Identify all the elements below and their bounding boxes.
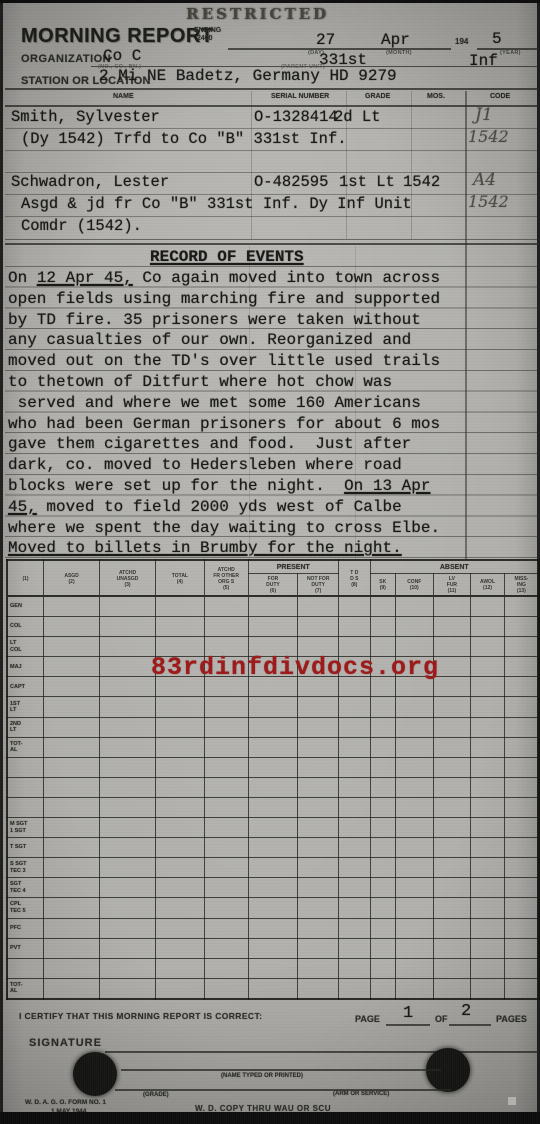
name-line — [121, 1069, 441, 1071]
strength-cell — [100, 737, 156, 757]
strength-cell — [298, 858, 339, 878]
strength-cell — [204, 918, 248, 938]
strength-cell — [155, 697, 204, 717]
strength-cell — [100, 958, 156, 978]
strength-cell — [370, 596, 395, 617]
strength-cell — [504, 677, 539, 697]
strength-cell — [339, 938, 371, 958]
strength-row — [7, 757, 539, 777]
strength-row-label: 2ND LT — [7, 717, 44, 737]
strength-cell — [471, 838, 505, 858]
strength-cell — [155, 797, 204, 817]
strength-cell — [395, 797, 433, 817]
strength-cell — [370, 717, 395, 737]
strength-cell — [504, 918, 539, 938]
strength-cell — [370, 818, 395, 838]
strength-cell — [204, 838, 248, 858]
scanned-morning-report: RESTRICTED MORNING REPORT ENDING 2400 27… — [0, 0, 540, 1124]
strength-cell — [471, 898, 505, 918]
strength-row: 1ST LT — [7, 697, 539, 717]
strength-cell — [433, 938, 471, 958]
record-line: served and where we met some 160 America… — [8, 393, 464, 414]
strength-col-header: SK(9) — [370, 574, 395, 597]
entry-name: Smith, Sylvester — [11, 108, 160, 126]
column-line — [251, 91, 252, 239]
strength-cell — [370, 938, 395, 958]
strength-cell — [248, 838, 298, 858]
strength-cell — [395, 898, 433, 918]
page-number: 1 — [403, 1004, 413, 1023]
strength-cell — [248, 878, 298, 898]
strength-cell — [204, 818, 248, 838]
strength-cell — [339, 596, 371, 617]
entry-serial: O-1328414 — [254, 108, 338, 126]
strength-col-header: ASGD(2) — [44, 560, 100, 596]
strength-row: S SGT TEC 3 — [7, 858, 539, 878]
strength-cell — [248, 958, 298, 978]
strength-cell — [395, 978, 433, 999]
strength-cell — [504, 938, 539, 958]
strength-row-label: PFC — [7, 918, 44, 938]
strength-group-header: PRESENT — [248, 560, 339, 574]
date-day: 27 — [316, 31, 335, 49]
entry-code: J1 — [475, 105, 493, 125]
of-label: OF — [435, 1014, 448, 1024]
record-line: by TD fire. 35 prisoners were taken with… — [8, 310, 464, 331]
strength-cell — [471, 697, 505, 717]
strength-cell — [204, 717, 248, 737]
strength-cell — [471, 878, 505, 898]
record-line: any casualties of our own. Reorganized a… — [8, 330, 464, 351]
record-of-events-title: RECORD OF EVENTS — [150, 248, 304, 266]
name-line-label: (NAME TYPED OR PRINTED) — [221, 1073, 303, 1079]
strength-row-label: SGT TEC 4 — [7, 878, 44, 898]
strength-cell — [204, 878, 248, 898]
date-month: Apr — [381, 31, 410, 49]
col-mos: MOS. — [427, 93, 445, 100]
strength-cell — [155, 737, 204, 757]
strength-cell — [298, 958, 339, 978]
strength-cell — [298, 918, 339, 938]
strength-cell — [155, 757, 204, 777]
strength-cell — [339, 617, 371, 637]
strength-cell — [339, 717, 371, 737]
strength-cell — [100, 717, 156, 737]
strength-cell — [298, 838, 339, 858]
strength-cell — [504, 898, 539, 918]
strength-cell — [433, 777, 471, 797]
strength-cell — [248, 818, 298, 838]
strength-row: GEN — [7, 596, 539, 617]
record-line: where we spent the day waiting to cross … — [8, 518, 464, 539]
strength-cell — [339, 818, 371, 838]
record-line: Moved to billets in Brumby for the night… — [8, 538, 464, 559]
paper-sheet: RESTRICTED MORNING REPORT ENDING 2400 27… — [3, 3, 537, 1112]
strength-row: TOT- AL — [7, 737, 539, 757]
strength-cell — [504, 717, 539, 737]
strength-cell — [471, 657, 505, 677]
strength-cell — [339, 858, 371, 878]
strength-cell — [155, 918, 204, 938]
strength-row: COL — [7, 617, 539, 637]
strength-cell — [370, 898, 395, 918]
strength-cell — [395, 838, 433, 858]
strength-cell — [44, 958, 100, 978]
strength-row: 2ND LT — [7, 717, 539, 737]
strength-cell — [298, 777, 339, 797]
strength-cell — [298, 898, 339, 918]
strength-cell — [471, 777, 505, 797]
strength-cell — [44, 777, 100, 797]
strength-cell — [433, 878, 471, 898]
strength-cell — [204, 777, 248, 797]
strength-cell — [155, 717, 204, 737]
entry-code2: 1542 — [468, 192, 509, 211]
strength-cell — [433, 898, 471, 918]
strength-cell — [471, 958, 505, 978]
strength-cell — [204, 757, 248, 777]
strength-row-label: T SGT — [7, 838, 44, 858]
ending-value: 2400 — [197, 35, 213, 42]
strength-row-label: CAPT — [7, 677, 44, 697]
certify-statement: I CERTIFY THAT THIS MORNING REPORT IS CO… — [19, 1011, 262, 1021]
strength-cell — [370, 617, 395, 637]
strength-cell — [370, 878, 395, 898]
strength-cell — [248, 978, 298, 999]
pages-label: PAGES — [496, 1014, 527, 1024]
strength-cell — [248, 858, 298, 878]
strength-cell — [395, 697, 433, 717]
strength-row-label: M SGT 1 SGT — [7, 818, 44, 838]
strength-cell — [44, 878, 100, 898]
strength-cell — [248, 717, 298, 737]
strength-cell — [100, 657, 156, 677]
entry-mos: 1542 — [403, 173, 440, 191]
strength-col-header: ATCHD FR OTHER ORG S(5) — [204, 560, 248, 596]
strength-cell — [504, 757, 539, 777]
strength-cell — [370, 958, 395, 978]
strength-cell — [433, 596, 471, 617]
strength-cell — [100, 978, 156, 999]
strength-cell — [433, 757, 471, 777]
strength-cell — [204, 898, 248, 918]
strength-cell — [298, 617, 339, 637]
strength-cell — [204, 958, 248, 978]
strength-cell — [298, 757, 339, 777]
strength-cell — [395, 918, 433, 938]
record-line: to thetown of Ditfurt where hot chow was — [8, 372, 464, 393]
strength-row — [7, 777, 539, 797]
strength-cell — [248, 737, 298, 757]
strength-cell — [504, 697, 539, 717]
strength-cell — [370, 777, 395, 797]
col-grade: GRADE — [365, 93, 390, 100]
strength-cell — [433, 838, 471, 858]
strength-cell — [471, 596, 505, 617]
strength-row — [7, 797, 539, 817]
page-label: PAGE — [355, 1014, 380, 1024]
strength-cell — [155, 858, 204, 878]
strength-cell — [298, 978, 339, 999]
strength-cell — [433, 858, 471, 878]
strength-row-label: CPL TEC 5 — [7, 898, 44, 918]
strength-cell — [204, 978, 248, 999]
strength-cell — [44, 838, 100, 858]
strength-cell — [155, 838, 204, 858]
strength-cell — [298, 938, 339, 958]
strength-cell — [44, 858, 100, 878]
col-code: CODE — [490, 93, 510, 100]
strength-cell — [370, 797, 395, 817]
strength-cell — [433, 918, 471, 938]
entry-code2: 1542 — [468, 127, 509, 146]
strength-cell — [471, 717, 505, 737]
strength-cell — [395, 958, 433, 978]
strength-cell — [339, 697, 371, 717]
strength-row-label — [7, 777, 44, 797]
strength-cell — [504, 737, 539, 757]
strength-cell — [339, 878, 371, 898]
strength-cell — [370, 918, 395, 938]
strength-cell — [44, 978, 100, 999]
strength-cell — [370, 757, 395, 777]
strength-row — [7, 958, 539, 978]
strength-cell — [204, 858, 248, 878]
strength-col-header: TOTAL(4) — [155, 560, 204, 596]
strength-cell — [298, 717, 339, 737]
strength-row: M SGT 1 SGT — [7, 818, 539, 838]
ruled-line — [5, 128, 539, 129]
strength-cell — [100, 797, 156, 817]
strength-cell — [504, 637, 539, 657]
strength-col-header: FOR DUTY(6) — [248, 574, 298, 597]
strength-cell — [44, 637, 100, 657]
strength-cell — [155, 617, 204, 637]
strength-cell — [100, 777, 156, 797]
ruled-line — [5, 239, 539, 240]
punch-hole-left — [73, 1052, 117, 1096]
strength-cell — [339, 978, 371, 999]
strength-cell — [504, 596, 539, 617]
photo-edge-top — [0, 0, 540, 3]
strength-cell — [248, 777, 298, 797]
strength-cell — [44, 596, 100, 617]
strength-row-label — [7, 797, 44, 817]
strength-cell — [204, 797, 248, 817]
strength-cell — [395, 938, 433, 958]
strength-cell — [298, 596, 339, 617]
strength-cell — [433, 978, 471, 999]
strength-cell — [504, 978, 539, 999]
watermark: 83rdinfdivdocs.org — [151, 653, 439, 682]
strength-cell — [155, 898, 204, 918]
strength-cell — [100, 637, 156, 657]
strength-cell — [248, 617, 298, 637]
ruled-line — [5, 243, 539, 245]
strength-row: PFC — [7, 918, 539, 938]
strength-cell — [248, 938, 298, 958]
strength-cell — [471, 617, 505, 637]
strength-cell — [100, 938, 156, 958]
strength-row-label: TOT- AL — [7, 978, 44, 999]
strength-cell — [44, 918, 100, 938]
strength-col-header: ATCHD UNASGD(3) — [100, 560, 156, 596]
strength-cell — [471, 637, 505, 657]
strength-cell — [395, 617, 433, 637]
strength-row-label: S SGT TEC 3 — [7, 858, 44, 878]
strength-cell — [155, 596, 204, 617]
strength-cell — [44, 898, 100, 918]
strength-cell — [504, 777, 539, 797]
strength-cell — [471, 677, 505, 697]
col-name: NAME — [113, 93, 134, 100]
strength-cell — [155, 878, 204, 898]
strength-row: T SGT — [7, 838, 539, 858]
entry-remarks-cont: Comdr (1542). — [21, 217, 142, 235]
record-line: moved out on the TD's over little used t… — [8, 351, 464, 372]
strength-cell — [339, 958, 371, 978]
strength-cell — [298, 697, 339, 717]
signature-line — [105, 1051, 539, 1053]
form-title: MORNING REPORT — [21, 25, 214, 48]
ruled-line — [449, 1024, 491, 1026]
strength-cell — [433, 717, 471, 737]
form-number: W. D. A. G. O. FORM NO. 1 — [25, 1099, 106, 1106]
strength-cell — [44, 737, 100, 757]
strength-row-label: COL — [7, 617, 44, 637]
strength-cell — [433, 797, 471, 817]
strength-cell — [504, 838, 539, 858]
strength-row-label: LT COL — [7, 637, 44, 657]
strength-cell — [370, 838, 395, 858]
strength-cell — [155, 978, 204, 999]
strength-cell — [44, 818, 100, 838]
strength-cell — [44, 617, 100, 637]
ruled-line — [5, 88, 539, 90]
strength-cell — [395, 878, 433, 898]
strength-col-header: AWOL(12) — [471, 574, 505, 597]
strength-row: TOT- AL — [7, 978, 539, 999]
strength-cell — [339, 838, 371, 858]
strength-cell — [100, 617, 156, 637]
strength-row-label — [7, 958, 44, 978]
record-line: open fields using marching fire and supp… — [8, 289, 464, 310]
ending-label: ENDING — [194, 27, 221, 34]
strength-cell — [100, 918, 156, 938]
strength-cell — [44, 677, 100, 697]
record-line: blocks were set up for the night. On 13 … — [8, 476, 464, 497]
strength-cell — [204, 737, 248, 757]
date-year: 5 — [492, 30, 502, 48]
strength-row-label: 1ST LT — [7, 697, 44, 717]
strength-col-header: LV FUR(11) — [433, 574, 471, 597]
strength-cell — [433, 697, 471, 717]
strength-col-header: (1) — [7, 560, 44, 596]
strength-row: SGT TEC 4 — [7, 878, 539, 898]
strength-cell — [100, 697, 156, 717]
record-line: On 12 Apr 45, Co again moved into town a… — [8, 268, 464, 289]
strength-cell — [504, 958, 539, 978]
month-sublabel: (MONTH) — [386, 50, 412, 56]
photo-edge-bottom — [0, 1112, 540, 1124]
year-printed: 194 — [455, 37, 468, 46]
record-line: gave them cigarettes and food. Just afte… — [8, 434, 464, 455]
entry-serial: O-482595 — [254, 173, 328, 191]
ruled-line — [386, 1024, 430, 1026]
strength-cell — [100, 878, 156, 898]
strength-cell — [395, 596, 433, 617]
strength-row-label: MAJ — [7, 657, 44, 677]
strength-col-header: MISS- ING(13) — [504, 574, 539, 597]
grade-line-label: (GRADE) — [143, 1092, 169, 1098]
strength-col-header: NOT FOR DUTY(7) — [298, 574, 339, 597]
strength-cell — [370, 978, 395, 999]
strength-cell — [100, 858, 156, 878]
strength-cell — [248, 757, 298, 777]
strength-cell — [471, 737, 505, 757]
strength-cell — [298, 737, 339, 757]
strength-cell — [298, 878, 339, 898]
strength-col-header: CONF(10) — [395, 574, 433, 597]
strength-row: CPL TEC 5 — [7, 898, 539, 918]
strength-cell — [370, 858, 395, 878]
ruled-line — [5, 150, 539, 151]
corner-mark — [508, 1097, 516, 1105]
restricted-stamp: RESTRICTED — [186, 5, 329, 23]
strength-cell — [248, 697, 298, 717]
signature-label: SIGNATURE — [29, 1037, 102, 1049]
strength-cell — [44, 797, 100, 817]
strength-cell — [471, 797, 505, 817]
strength-cell — [298, 797, 339, 817]
strength-cell — [204, 596, 248, 617]
strength-cell — [395, 818, 433, 838]
strength-cell — [339, 757, 371, 777]
strength-cell — [395, 737, 433, 757]
strength-cell — [248, 596, 298, 617]
strength-cell — [504, 797, 539, 817]
ruled-line — [5, 105, 539, 107]
strength-cell — [100, 898, 156, 918]
strength-cell — [395, 777, 433, 797]
strength-cell — [504, 858, 539, 878]
entry-grade: 2d Lt — [334, 108, 381, 126]
strength-cell — [471, 938, 505, 958]
strength-cell — [433, 958, 471, 978]
strength-row-label: TOT- AL — [7, 737, 44, 757]
strength-table: (1)ASGD(2)ATCHD UNASGD(3)TOTAL(4)ATCHD F… — [6, 559, 540, 1000]
strength-cell — [339, 797, 371, 817]
strength-cell — [395, 717, 433, 737]
entry-remarks: Asgd & jd fr Co "B" 331st Inf. Dy Inf Un… — [21, 195, 412, 213]
strength-cell — [155, 818, 204, 838]
strength-cell — [504, 617, 539, 637]
entry-name: Schwadron, Lester — [11, 173, 169, 191]
strength-cell — [155, 938, 204, 958]
year-sublabel: (YEAR) — [500, 50, 521, 56]
strength-group-header: ABSENT — [370, 560, 539, 574]
entry-code: A4 — [473, 170, 496, 190]
strength-cell — [370, 737, 395, 757]
strength-cell — [100, 818, 156, 838]
strength-cell — [471, 818, 505, 838]
strength-cell — [155, 777, 204, 797]
strength-cell — [204, 617, 248, 637]
grade-line — [115, 1089, 451, 1091]
strength-cell — [155, 958, 204, 978]
strength-cell — [44, 717, 100, 737]
strength-cell — [370, 697, 395, 717]
